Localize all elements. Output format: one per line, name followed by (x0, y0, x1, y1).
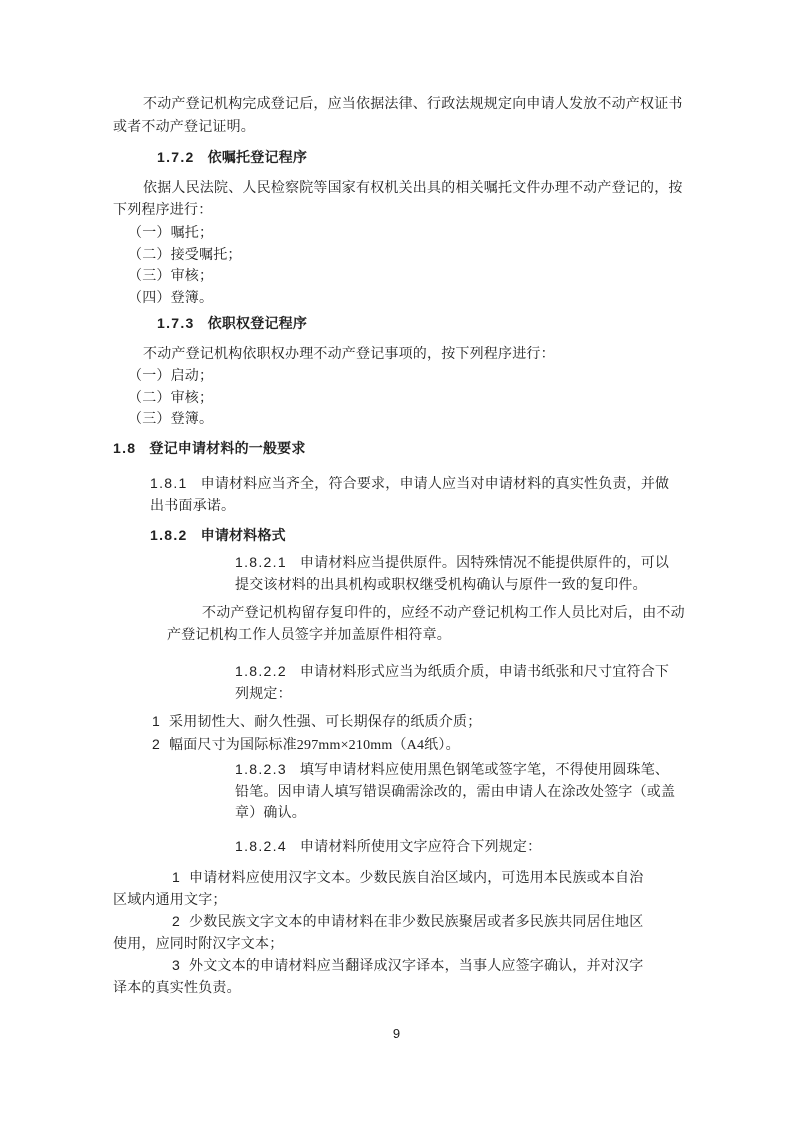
section-heading-1-7-3: 1.7.3依职权登记程序 (157, 313, 307, 335)
item-number: 1 (152, 713, 160, 729)
list-authority-steps: （一）启动； （二）审核； （三）登簿。 (128, 366, 213, 431)
paragraph-issue-certificate: 不动产登记机构完成登记后，应当依据法律、行政法规规定向申请人发放不动产权证书 或… (113, 93, 683, 139)
item-number: 1 (172, 869, 180, 885)
section-title: 依职权登记程序 (208, 315, 307, 331)
list-language-requirements: 1申请材料应使用汉字文本。少数民族自治区域内，可选用本民族或本自治 区域内通用文… (113, 867, 643, 999)
paragraph-entrusted-procedure: 依据人民法院、人民检察院等国家有权机关出具的相关嘱托文件办理不动产登记的，按 下… (113, 178, 683, 221)
clause-1-8-2-4: 1.8.2.4申请材料所使用文字应符合下列规定： (235, 836, 541, 859)
paragraph-line: 或者不动产登记证明。 (113, 116, 683, 139)
section-heading-1-7-2: 1.7.2依嘱托登记程序 (157, 147, 307, 169)
paragraph-line: 产登记机构工作人员签字并加盖原件相符章。 (167, 625, 685, 647)
section-number: 1.8.2 (150, 527, 188, 543)
document-page: 不动产登记机构完成登记后，应当依据法律、行政法规规定向申请人发放不动产权证书 或… (0, 0, 793, 1122)
paragraph-kept-copy: 不动产登记机构留存复印件的，应经不动产登记机构工作人员比对后，由不动 产登记机构… (167, 603, 685, 646)
paragraph-line: 依据人民法院、人民检察院等国家有权机关出具的相关嘱托文件办理不动产登记的，按 (113, 178, 683, 200)
list-item-line: 译本的真实性负责。 (113, 978, 643, 1000)
paragraph-line: 不动产登记机构依职权办理不动产登记事项的，按下列程序进行： (113, 344, 555, 366)
paragraph-line: 不动产登记机构留存复印件的，应经不动产登记机构工作人员比对后，由不动 (167, 603, 685, 625)
section-title: 依嘱托登记程序 (208, 149, 307, 165)
section-heading-1-8: 1.8登记申请材料的一般要求 (113, 438, 306, 460)
paragraph-authority-procedure: 不动产登记机构依职权办理不动产登记事项的，按下列程序进行： (113, 344, 555, 366)
clause-line: 出书面承诺。 (150, 496, 669, 518)
clause-line: 1.8.2.1申请材料应当提供原件。因特殊情况不能提供原件的，可以 (235, 552, 669, 575)
section-title: 登记申请材料的一般要求 (149, 440, 305, 456)
clause-line: 列规定： (235, 684, 669, 706)
list-item-line: 使用，应同时附汉字文本； (113, 934, 643, 956)
list-item-line: 区域内通用文字； (113, 890, 643, 912)
clause-line: 1.8.2.4申请材料所使用文字应符合下列规定： (235, 836, 541, 859)
list-item: （三）审核； (128, 266, 242, 288)
list-item: （二）接受嘱托； (128, 245, 242, 267)
clause-1-8-2-1: 1.8.2.1申请材料应当提供原件。因特殊情况不能提供原件的，可以 提交该材料的… (235, 552, 669, 596)
list-item: （一）启动； (128, 366, 213, 388)
clause-line: 1.8.1申请材料应当齐全，符合要求，申请人应当对申请材料的真实性负责，并做 (150, 473, 669, 496)
list-item: （二）审核； (128, 388, 213, 410)
clause-line: 提交该材料的出具机构或职权继受机构确认与原件一致的复印件。 (235, 575, 669, 597)
list-item: （三）登簿。 (128, 409, 213, 431)
clause-line: 章）确认。 (235, 803, 675, 825)
clause-number: 1.8.2.1 (235, 554, 287, 570)
section-heading-1-8-2: 1.8.2申请材料格式 (150, 525, 286, 547)
clause-line: 1.8.2.3填写申请材料应使用黑色钢笔或签字笔，不得使用圆珠笔、 (235, 759, 675, 782)
list-item: 2幅面尺寸为国际标准297mm×210mm（A4纸）。 (152, 734, 481, 757)
clause-line: 铅笔。因申请人填写错误确需涂改的，需由申请人在涂改处签字（或盖 (235, 782, 675, 804)
clause-number: 1.8.2.3 (235, 761, 287, 777)
list-entrusted-steps: （一）嘱托； （二）接受嘱托； （三）审核； （四）登簿。 (128, 223, 242, 309)
list-item-line: 1申请材料应使用汉字文本。少数民族自治区域内，可选用本民族或本自治 (113, 867, 643, 890)
section-number: 1.8 (113, 440, 136, 456)
clause-number: 1.8.2.2 (235, 663, 287, 679)
section-number: 1.7.3 (157, 315, 195, 331)
item-number: 3 (172, 957, 180, 973)
list-item: （四）登簿。 (128, 288, 242, 310)
page-number: 9 (0, 1026, 793, 1041)
paragraph-line: 不动产登记机构完成登记后，应当依据法律、行政法规规定向申请人发放不动产权证书 (113, 93, 683, 116)
list-item-line: 2少数民族文字文本的申请材料在非少数民族聚居或者多民族共同居住地区 (113, 911, 643, 934)
clause-1-8-2-2: 1.8.2.2申请材料形式应当为纸质介质，申请书纸张和尺寸宜符合下 列规定： (235, 661, 669, 705)
clause-1-8-2-3: 1.8.2.3填写申请材料应使用黑色钢笔或签字笔，不得使用圆珠笔、 铅笔。因申请… (235, 759, 675, 825)
clause-number: 1.8.2.4 (235, 838, 287, 854)
clause-1-8-1: 1.8.1申请材料应当齐全，符合要求，申请人应当对申请材料的真实性负责，并做 出… (150, 473, 669, 517)
list-paper-requirements: 1采用韧性大、耐久性强、可长期保存的纸质介质； 2幅面尺寸为国际标准297mm×… (152, 711, 481, 756)
list-item-line: 3外文文本的申请材料应当翻译成汉字译本，当事人应签字确认，并对汉字 (113, 955, 643, 978)
clause-number: 1.8.1 (150, 475, 188, 491)
list-item: 1采用韧性大、耐久性强、可长期保存的纸质介质； (152, 711, 481, 734)
item-number: 2 (152, 736, 160, 752)
list-item: （一）嘱托； (128, 223, 242, 245)
paragraph-line: 下列程序进行： (113, 200, 683, 222)
clause-line: 1.8.2.2申请材料形式应当为纸质介质，申请书纸张和尺寸宜符合下 (235, 661, 669, 684)
section-number: 1.7.2 (157, 149, 195, 165)
section-title: 申请材料格式 (201, 527, 286, 543)
item-number: 2 (172, 913, 180, 929)
